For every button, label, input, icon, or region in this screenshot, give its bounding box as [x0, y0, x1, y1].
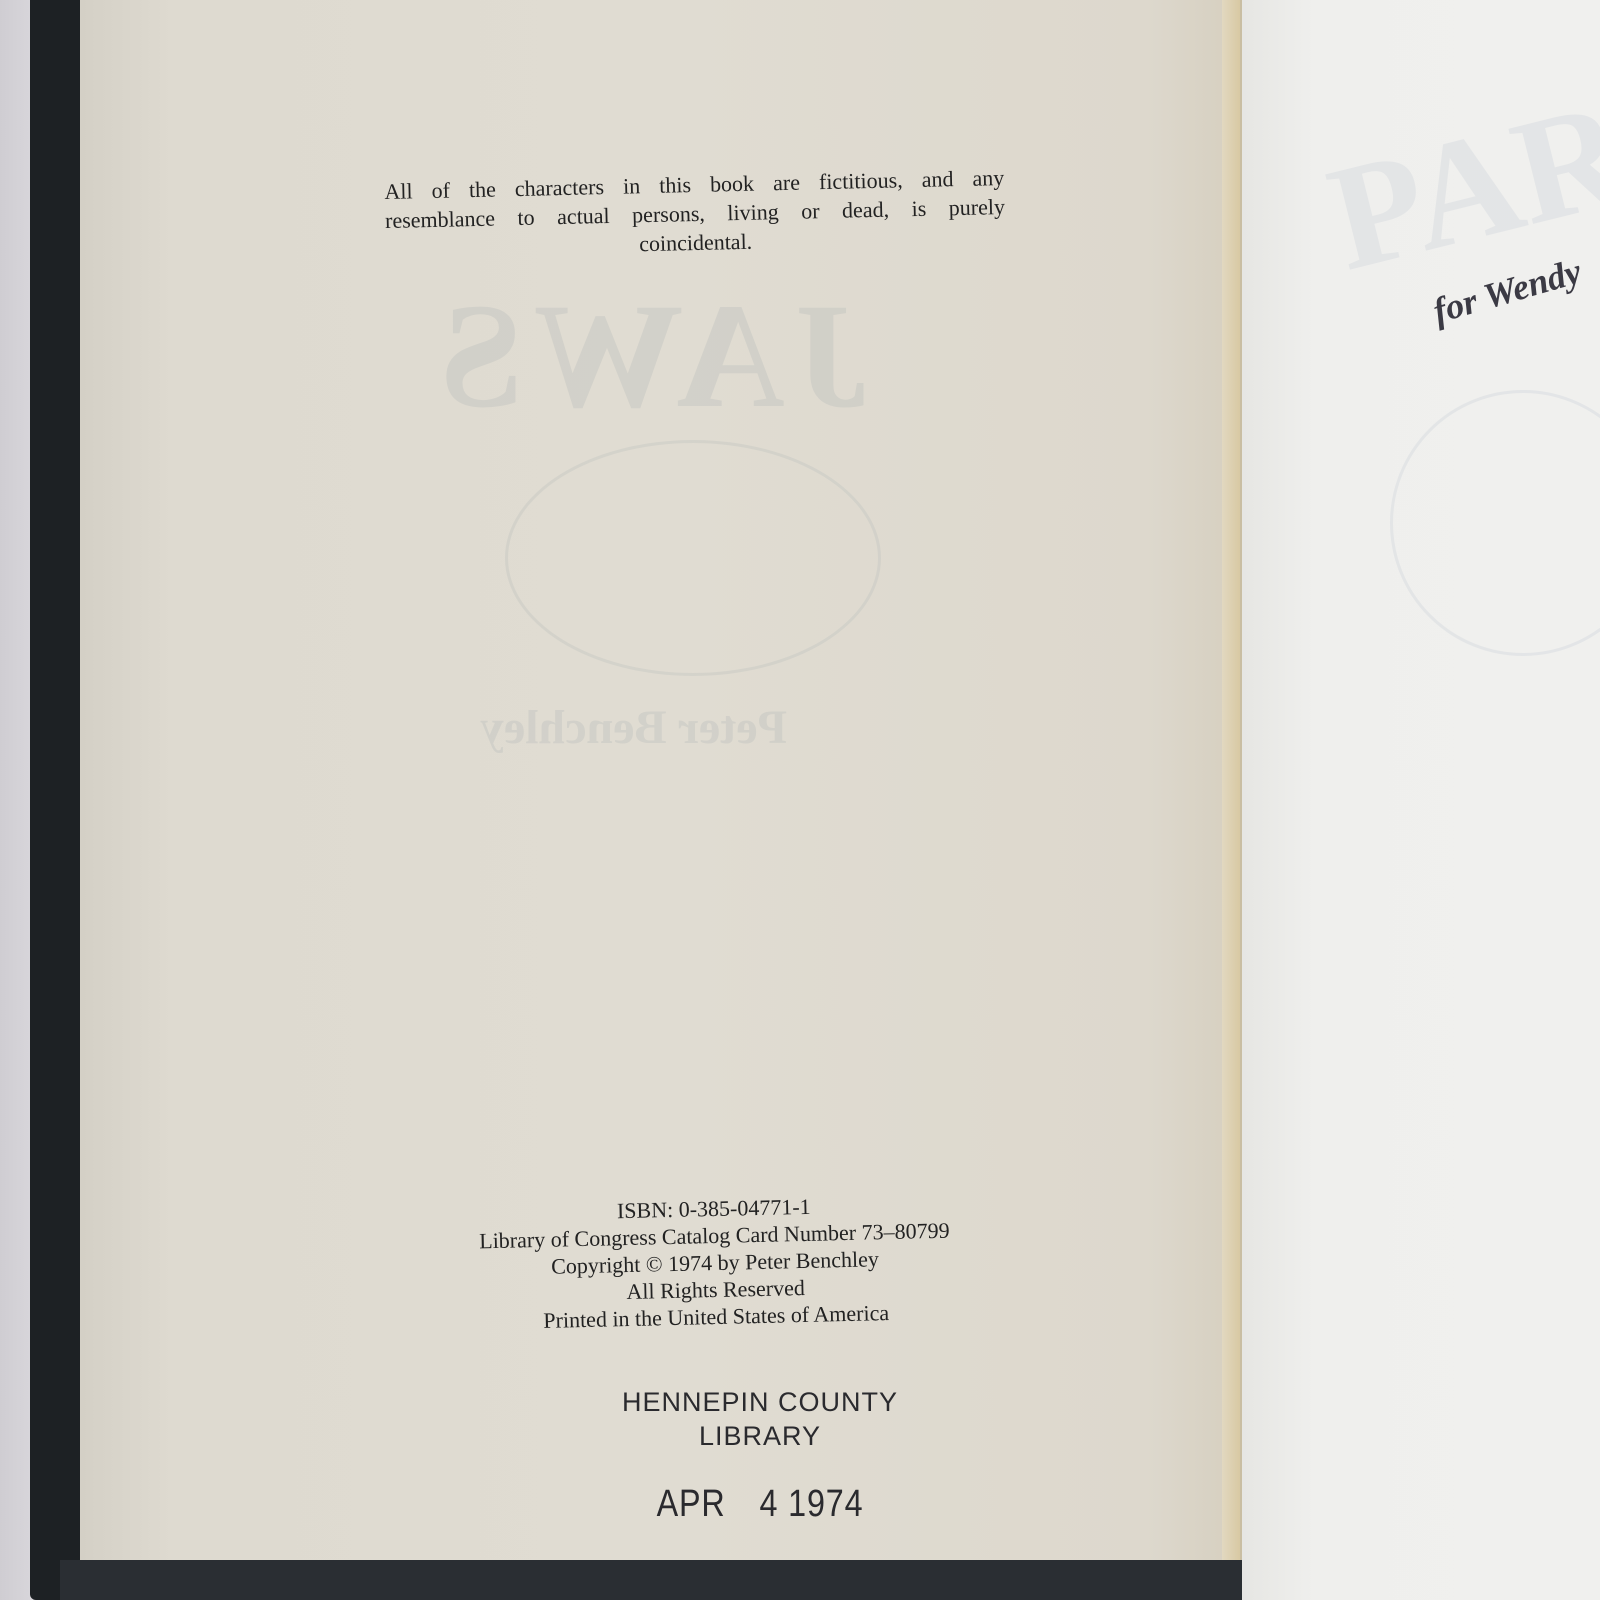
stamp-date-day-year: 4 1974	[760, 1483, 864, 1526]
stamp-date: APR4 1974	[624, 1483, 896, 1526]
stamp-line-2: LIBRARY	[600, 1419, 920, 1453]
copyright-imprint: ISBN: 0-385-04771-1 Library of Congress …	[404, 1188, 1027, 1337]
page-edge	[1222, 0, 1240, 1560]
show-through-emblem	[505, 440, 881, 676]
stamp-line-1: HENNEPIN COUNTY	[600, 1385, 920, 1419]
library-stamp: HENNEPIN COUNTY LIBRARY APR4 1974	[600, 1385, 920, 1526]
stamp-date-month: APR	[657, 1483, 726, 1526]
fiction-disclaimer: All of the characters in this book are f…	[384, 163, 1006, 264]
book-cover-edge	[60, 1560, 1260, 1600]
